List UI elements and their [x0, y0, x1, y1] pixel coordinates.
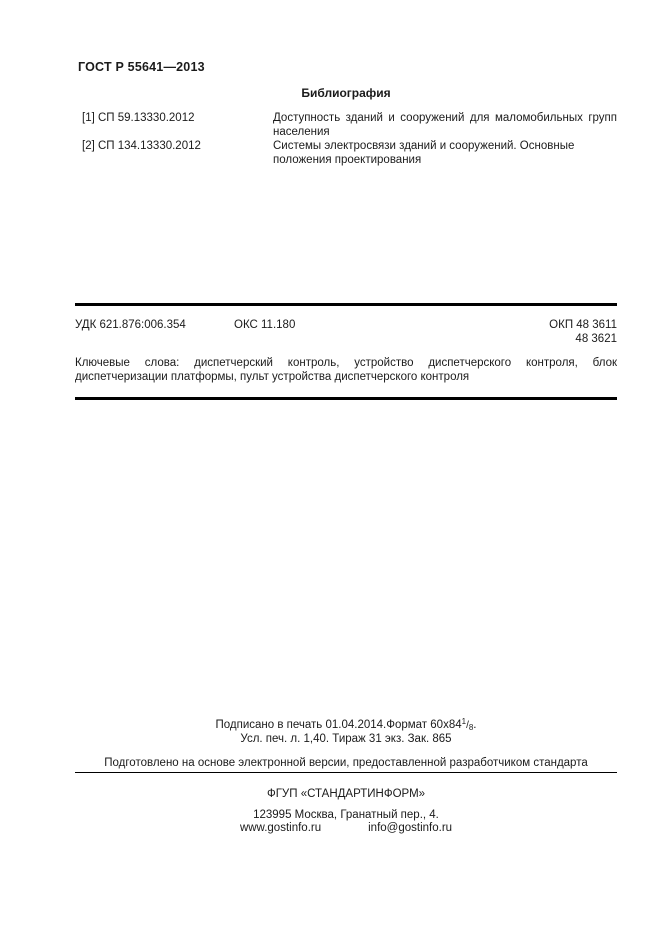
bibliography-heading: Библиография [75, 86, 617, 100]
okp-code-line: 48 3621 [549, 332, 617, 346]
footer-rule [75, 772, 617, 773]
reference-description-line: положения проектирования [273, 153, 617, 167]
reference-code: [1] СП 59.13330.2012 [75, 111, 273, 139]
okp-code: ОКП 48 3611 48 3621 [549, 318, 617, 346]
classification-codes: УДК 621.876:006.354 ОКС 11.180 ОКП 48 36… [75, 318, 617, 348]
website-url: www.gostinfo.ru [240, 821, 321, 835]
print-info-text: Подписано в печать 01.04.2014.Формат 60x… [215, 719, 461, 731]
print-info-line-1: Подписано в печать 01.04.2014.Формат 60x… [75, 718, 617, 733]
format-fraction: 1/8 [462, 719, 474, 731]
reference-description-line: населения [273, 125, 617, 139]
prepared-note: Подготовлено на основе электронной верси… [75, 756, 617, 770]
publisher-name: ФГУП «СТАНДАРТИНФОРМ» [75, 787, 617, 801]
separator-rule-bottom [75, 397, 617, 400]
print-info-line-2: Усл. печ. л. 1,40. Тираж 31 экз. Зак. 86… [75, 732, 617, 746]
reference-description: Доступность зданий и сооружений для мало… [273, 111, 617, 139]
publisher-address: 123995 Москва, Гранатный пер., 4. [75, 808, 617, 822]
bibliography-list: [1] СП 59.13330.2012 Доступность зданий … [75, 111, 617, 167]
publisher-contacts: www.gostinfo.ru info@gostinfo.ru [75, 821, 617, 835]
print-info-text-end: . [473, 719, 476, 731]
okp-code-line: ОКП 48 3611 [549, 318, 617, 332]
oks-code: ОКС 11.180 [234, 318, 295, 332]
document-page: ГОСТ Р 55641—2013 Библиография [1] СП 59… [0, 0, 661, 935]
bibliography-entry: [1] СП 59.13330.2012 Доступность зданий … [75, 111, 617, 139]
document-number: ГОСТ Р 55641—2013 [78, 60, 205, 74]
reference-description-line: Системы электросвязи зданий и сооружений… [273, 139, 617, 153]
email-address: info@gostinfo.ru [368, 821, 452, 835]
udk-code: УДК 621.876:006.354 [75, 318, 186, 332]
keywords-paragraph: Ключевые слова: диспетчерский контроль, … [75, 356, 617, 384]
fraction-numerator: 1 [462, 717, 466, 726]
keywords-line: диспетчеризации платформы, пульт устройс… [75, 370, 617, 384]
bibliography-entry: [2] СП 134.13330.2012 Системы электросвя… [75, 139, 617, 167]
fraction-denominator: 8 [469, 723, 473, 732]
reference-code: [2] СП 134.13330.2012 [75, 139, 273, 167]
keywords-line: Ключевые слова: диспетчерский контроль, … [75, 356, 617, 370]
reference-description-line: Доступность зданий и сооружений для мало… [273, 111, 617, 125]
separator-rule-top [75, 303, 617, 306]
reference-description: Системы электросвязи зданий и сооружений… [273, 139, 617, 167]
